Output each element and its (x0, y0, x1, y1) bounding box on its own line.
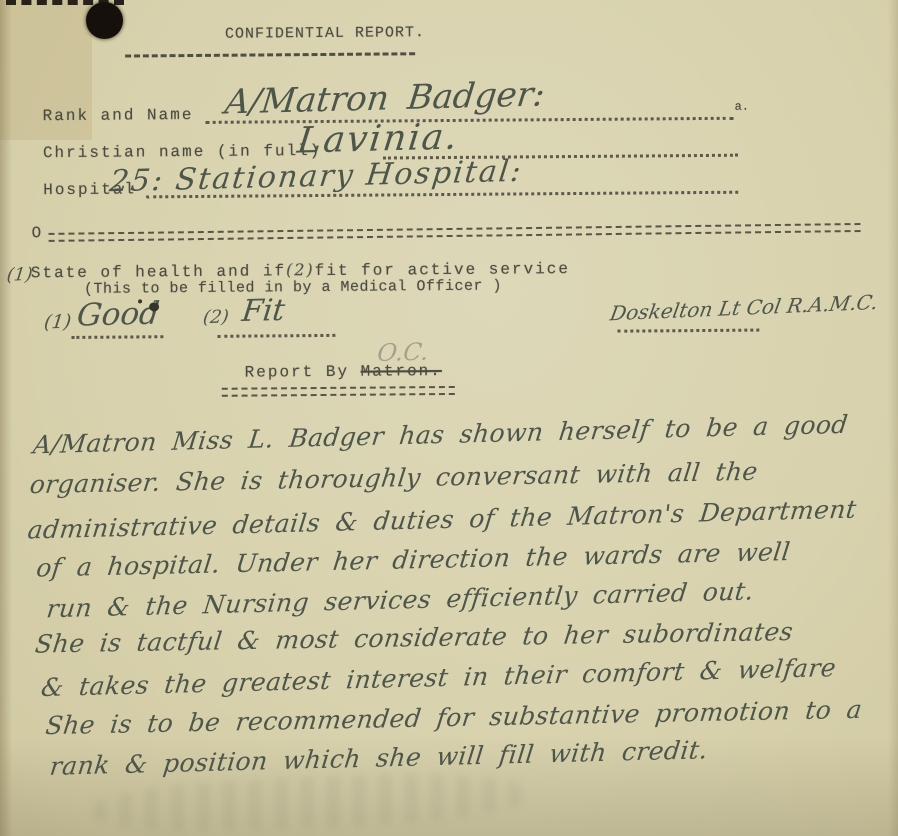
health-question-line2: (This to be filled in by a Medical Offic… (84, 278, 502, 298)
field-label-rank: Rank and Name (43, 106, 194, 125)
leader-dots (71, 335, 163, 339)
answer1-marker: (1) (43, 311, 73, 334)
report-line: run & the Nursing services efficiently c… (45, 576, 756, 623)
answer2-fit: Fit (240, 293, 287, 329)
report-line: She is tactful & most considerate to her… (34, 617, 795, 659)
bleed-through-ghost-text (92, 768, 524, 836)
field-value-christian-name: Lavinia. (295, 116, 461, 161)
medical-officer-signature: Doskelton Lt Col R.A.M.C. (608, 290, 880, 325)
report-heading-struck-word: Matron. (361, 362, 442, 381)
report-heading: Report By Matron. (245, 362, 442, 382)
page-title: CONFIDENTIAL REPORT. (225, 24, 425, 43)
title-underline (125, 52, 415, 57)
report-line: of a hospital. Under her direction the w… (35, 537, 792, 582)
section-divider (49, 223, 861, 242)
handwritten-report-body: A/Matron Miss L. Badger has shown hersel… (0, 0, 895, 4)
report-line: She is to be recommended for substantive… (44, 695, 864, 740)
divider-prefix: O (31, 224, 43, 242)
answer1-good: Good (75, 296, 161, 334)
scanned-confidential-report: CONFIDENTIAL REPORT. Rank and Name A/Mat… (0, 0, 898, 836)
report-line: administrative details & duties of the M… (26, 495, 858, 545)
ink-blot (149, 302, 159, 311)
answer2-marker: (2) (202, 306, 230, 328)
leader-dots (217, 334, 335, 338)
ink-blot (138, 299, 142, 303)
field-row-rank: Rank and Name A/Matron Badger: a. (0, 0, 895, 4)
report-line: & takes the greatest interest in their c… (40, 653, 838, 702)
report-line: A/Matron Miss L. Badger has shown hersel… (32, 410, 850, 460)
report-heading-underline (222, 386, 455, 397)
health-question-inserted-marker: (2) (286, 260, 315, 279)
field-value-rank: A/Matron Badger: (223, 74, 547, 122)
report-heading-prefix: Report By (245, 363, 361, 382)
leader-dots (617, 329, 759, 333)
report-line: organiser. She is thoroughly conversant … (28, 457, 759, 499)
field-suffix-rank: a. (735, 100, 750, 114)
field-row-hospital: Hospital 25: Stationary Hospital: (0, 0, 895, 4)
field-row-christian-name: Christian name (in full) Lavinia. (0, 0, 895, 4)
health-question-marker: (1) (6, 264, 34, 286)
